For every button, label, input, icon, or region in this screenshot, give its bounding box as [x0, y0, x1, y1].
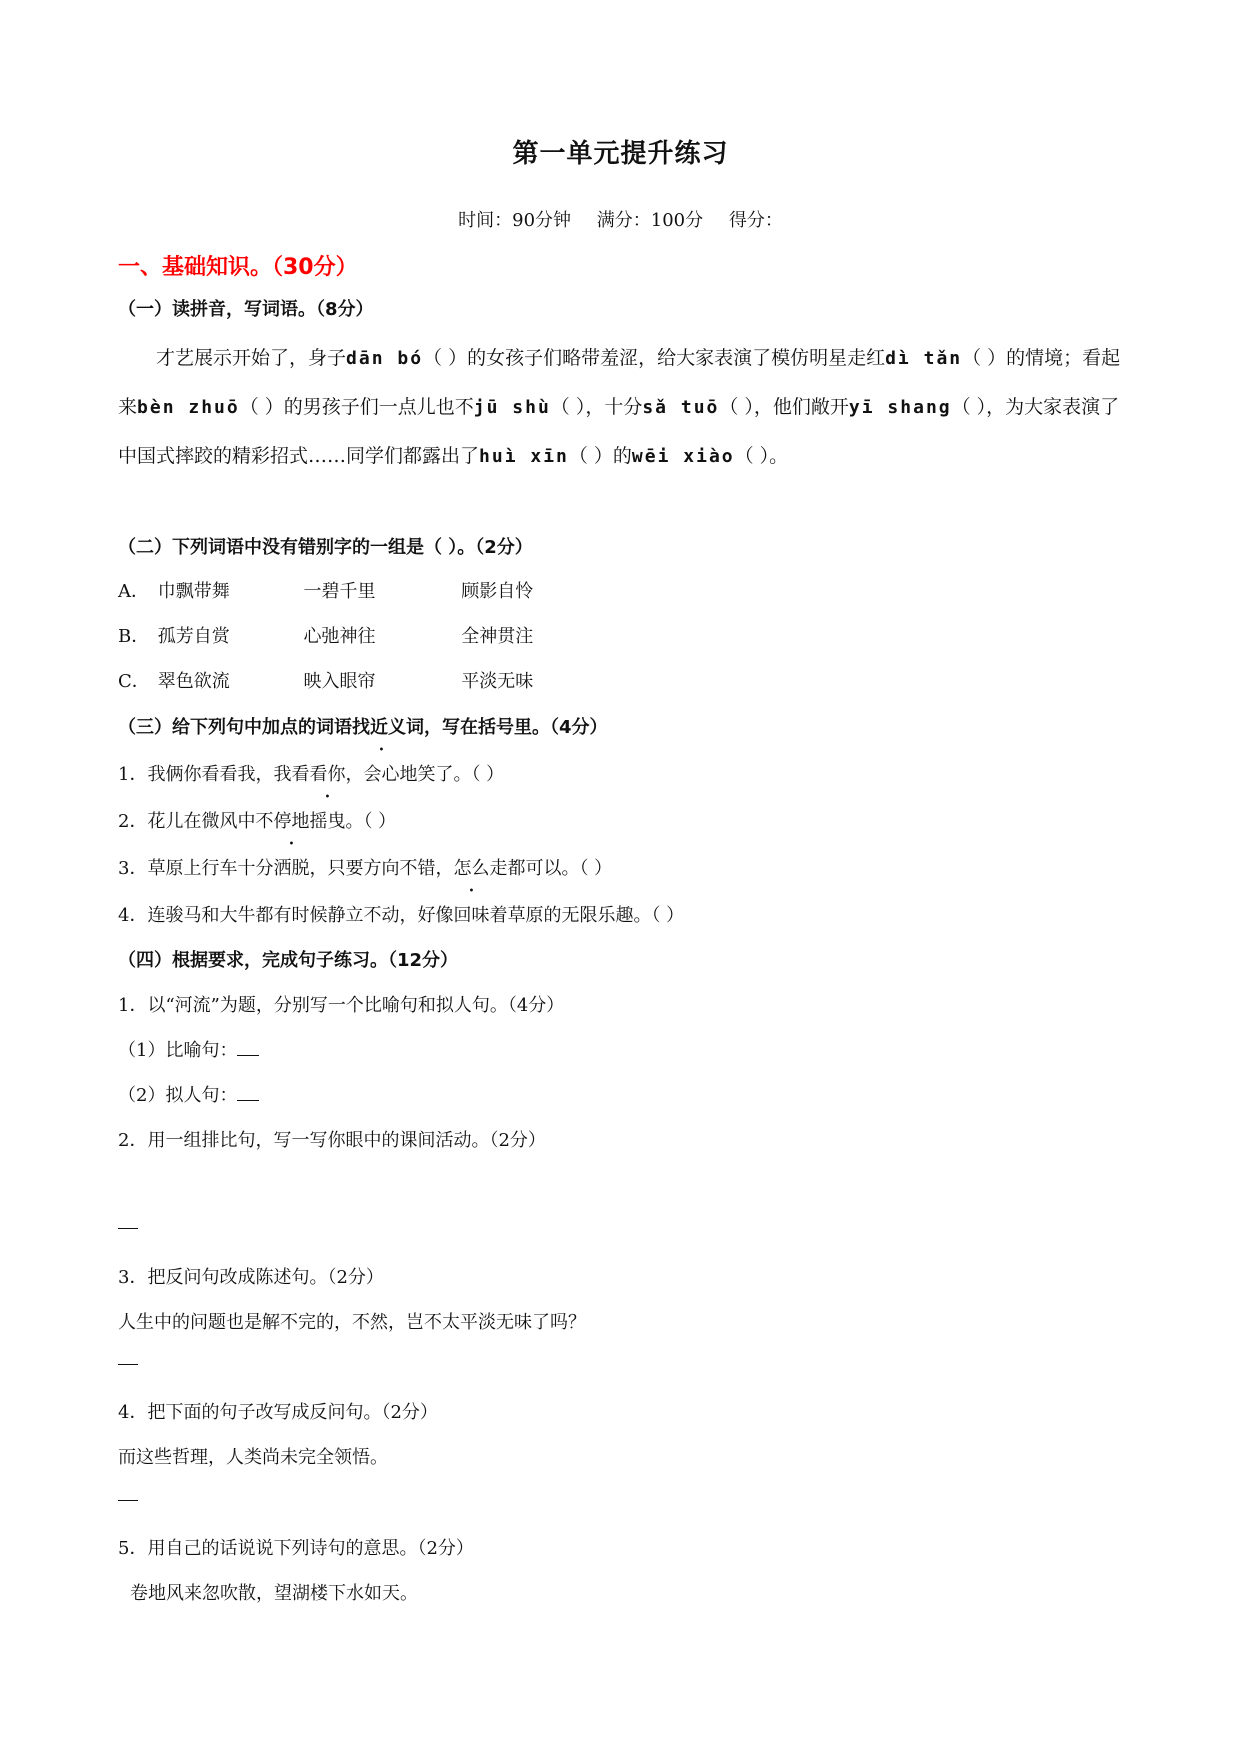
pinyin-prompt: wēi xiào: [632, 446, 735, 467]
answer-line[interactable]: [118, 1228, 138, 1229]
personification-prompt: （2）拟人句：: [118, 1081, 259, 1107]
option-b[interactable]: B． 孤芳自赏 心弛神往 全神贯注: [118, 622, 533, 648]
paragraph-text: （ ），十分: [551, 396, 643, 418]
paragraph-text: （ ）。: [735, 445, 789, 467]
score-field: 得分：: [729, 210, 783, 231]
option-a[interactable]: A． 巾飘带舞 一碧千里 顾影自怜: [118, 577, 533, 603]
question-3-sentence: 人生中的问题也是解不完的，不然，岂不太平淡无味了吗？: [118, 1308, 586, 1334]
paragraph-text: 才艺展示开始了，身子: [156, 347, 346, 369]
pinyin-paragraph: 才艺展示开始了，身子dān bó（ ）的女孩子们略带羞涩，给大家表演了模仿明星走…: [118, 334, 1128, 481]
answer-line[interactable]: [118, 1364, 138, 1365]
part3-heading: （三）给下列句中加点的词语找近义词，写在括号里。（4分）: [118, 713, 608, 739]
synonym-item-3: 3．草原上行车十分洒脱，只要方向不错，怎么走都可以。（ ）: [118, 854, 612, 880]
time-limit: 时间：90分钟: [458, 210, 571, 231]
paragraph-text: （ ），他们敞开: [719, 396, 849, 418]
part1-heading: （一）读拼音，写词语。（8分）: [118, 295, 374, 321]
synonym-item-4: 4．连骏马和大牛都有时候静立不动，好像回味着草原的无限乐趣。（ ）: [118, 901, 684, 927]
question-4-sentence: 而这些哲理，人类尚未完全领悟。: [118, 1443, 388, 1469]
poem-line: 卷地风来忽吹散，望湖楼下水如天。: [130, 1579, 418, 1605]
answer-line[interactable]: [118, 1500, 138, 1501]
dotted-word: 洒脱: [273, 854, 309, 880]
pinyin-prompt: jū shù: [474, 397, 551, 418]
option-c[interactable]: C． 翠色欲流 映入眼帘 平淡无味: [118, 667, 533, 693]
section-heading: 一、基础知识。（30分）: [118, 250, 358, 281]
dotted-word: 摇曳: [309, 807, 345, 833]
answer-blank[interactable]: [237, 1086, 259, 1101]
pinyin-prompt: yī shang: [849, 397, 952, 418]
question-3: 3．把反问句改成陈述句。（2分）: [118, 1263, 384, 1289]
dotted-word: 回味: [453, 901, 489, 927]
full-score: 满分：100分: [597, 210, 703, 231]
answer-blank[interactable]: [237, 1041, 259, 1056]
paragraph-text: （ ）的: [569, 445, 632, 467]
paragraph-text: （ ）的男孩子们一点儿也不: [240, 396, 474, 418]
pinyin-prompt: sǎ tuō: [642, 397, 719, 418]
simile-prompt: （1）比喻句：: [118, 1036, 259, 1062]
synonym-item-1: 1．我俩你看看我，我看看你，会心地笑了。（ ）: [118, 760, 504, 786]
question-2: 2．用一组排比句，写一写你眼中的课间活动。（2分）: [118, 1126, 546, 1152]
question-4: 4．把下面的句子改写成反问句。（2分）: [118, 1398, 438, 1424]
part2-heading: （二）下列词语中没有错别字的一组是（ ）。（2分）: [118, 533, 533, 559]
pinyin-prompt: bèn zhuō: [137, 397, 240, 418]
paragraph-text: （ ）的女孩子们略带羞涩，给大家表演了模仿明星走红: [423, 347, 885, 369]
part4-heading: （四）根据要求，完成句子练习。（12分）: [118, 946, 458, 972]
pinyin-prompt: huì xīn: [479, 446, 569, 467]
page-title: 第一单元提升练习: [0, 133, 1241, 170]
question-5: 5．用自己的话说说下列诗句的意思。（2分）: [118, 1534, 474, 1560]
pinyin-prompt: dān bó: [346, 348, 423, 369]
pinyin-prompt: dì tǎn: [885, 348, 962, 369]
synonym-item-2: 2．花儿在微风中不停地摇曳。（ ）: [118, 807, 396, 833]
question-1: 1．以“河流”为题，分别写一个比喻句和拟人句。（4分）: [118, 991, 564, 1017]
exam-meta: 时间：90分钟 满分：100分 得分：: [0, 206, 1241, 232]
dotted-word: 会心: [363, 760, 399, 786]
